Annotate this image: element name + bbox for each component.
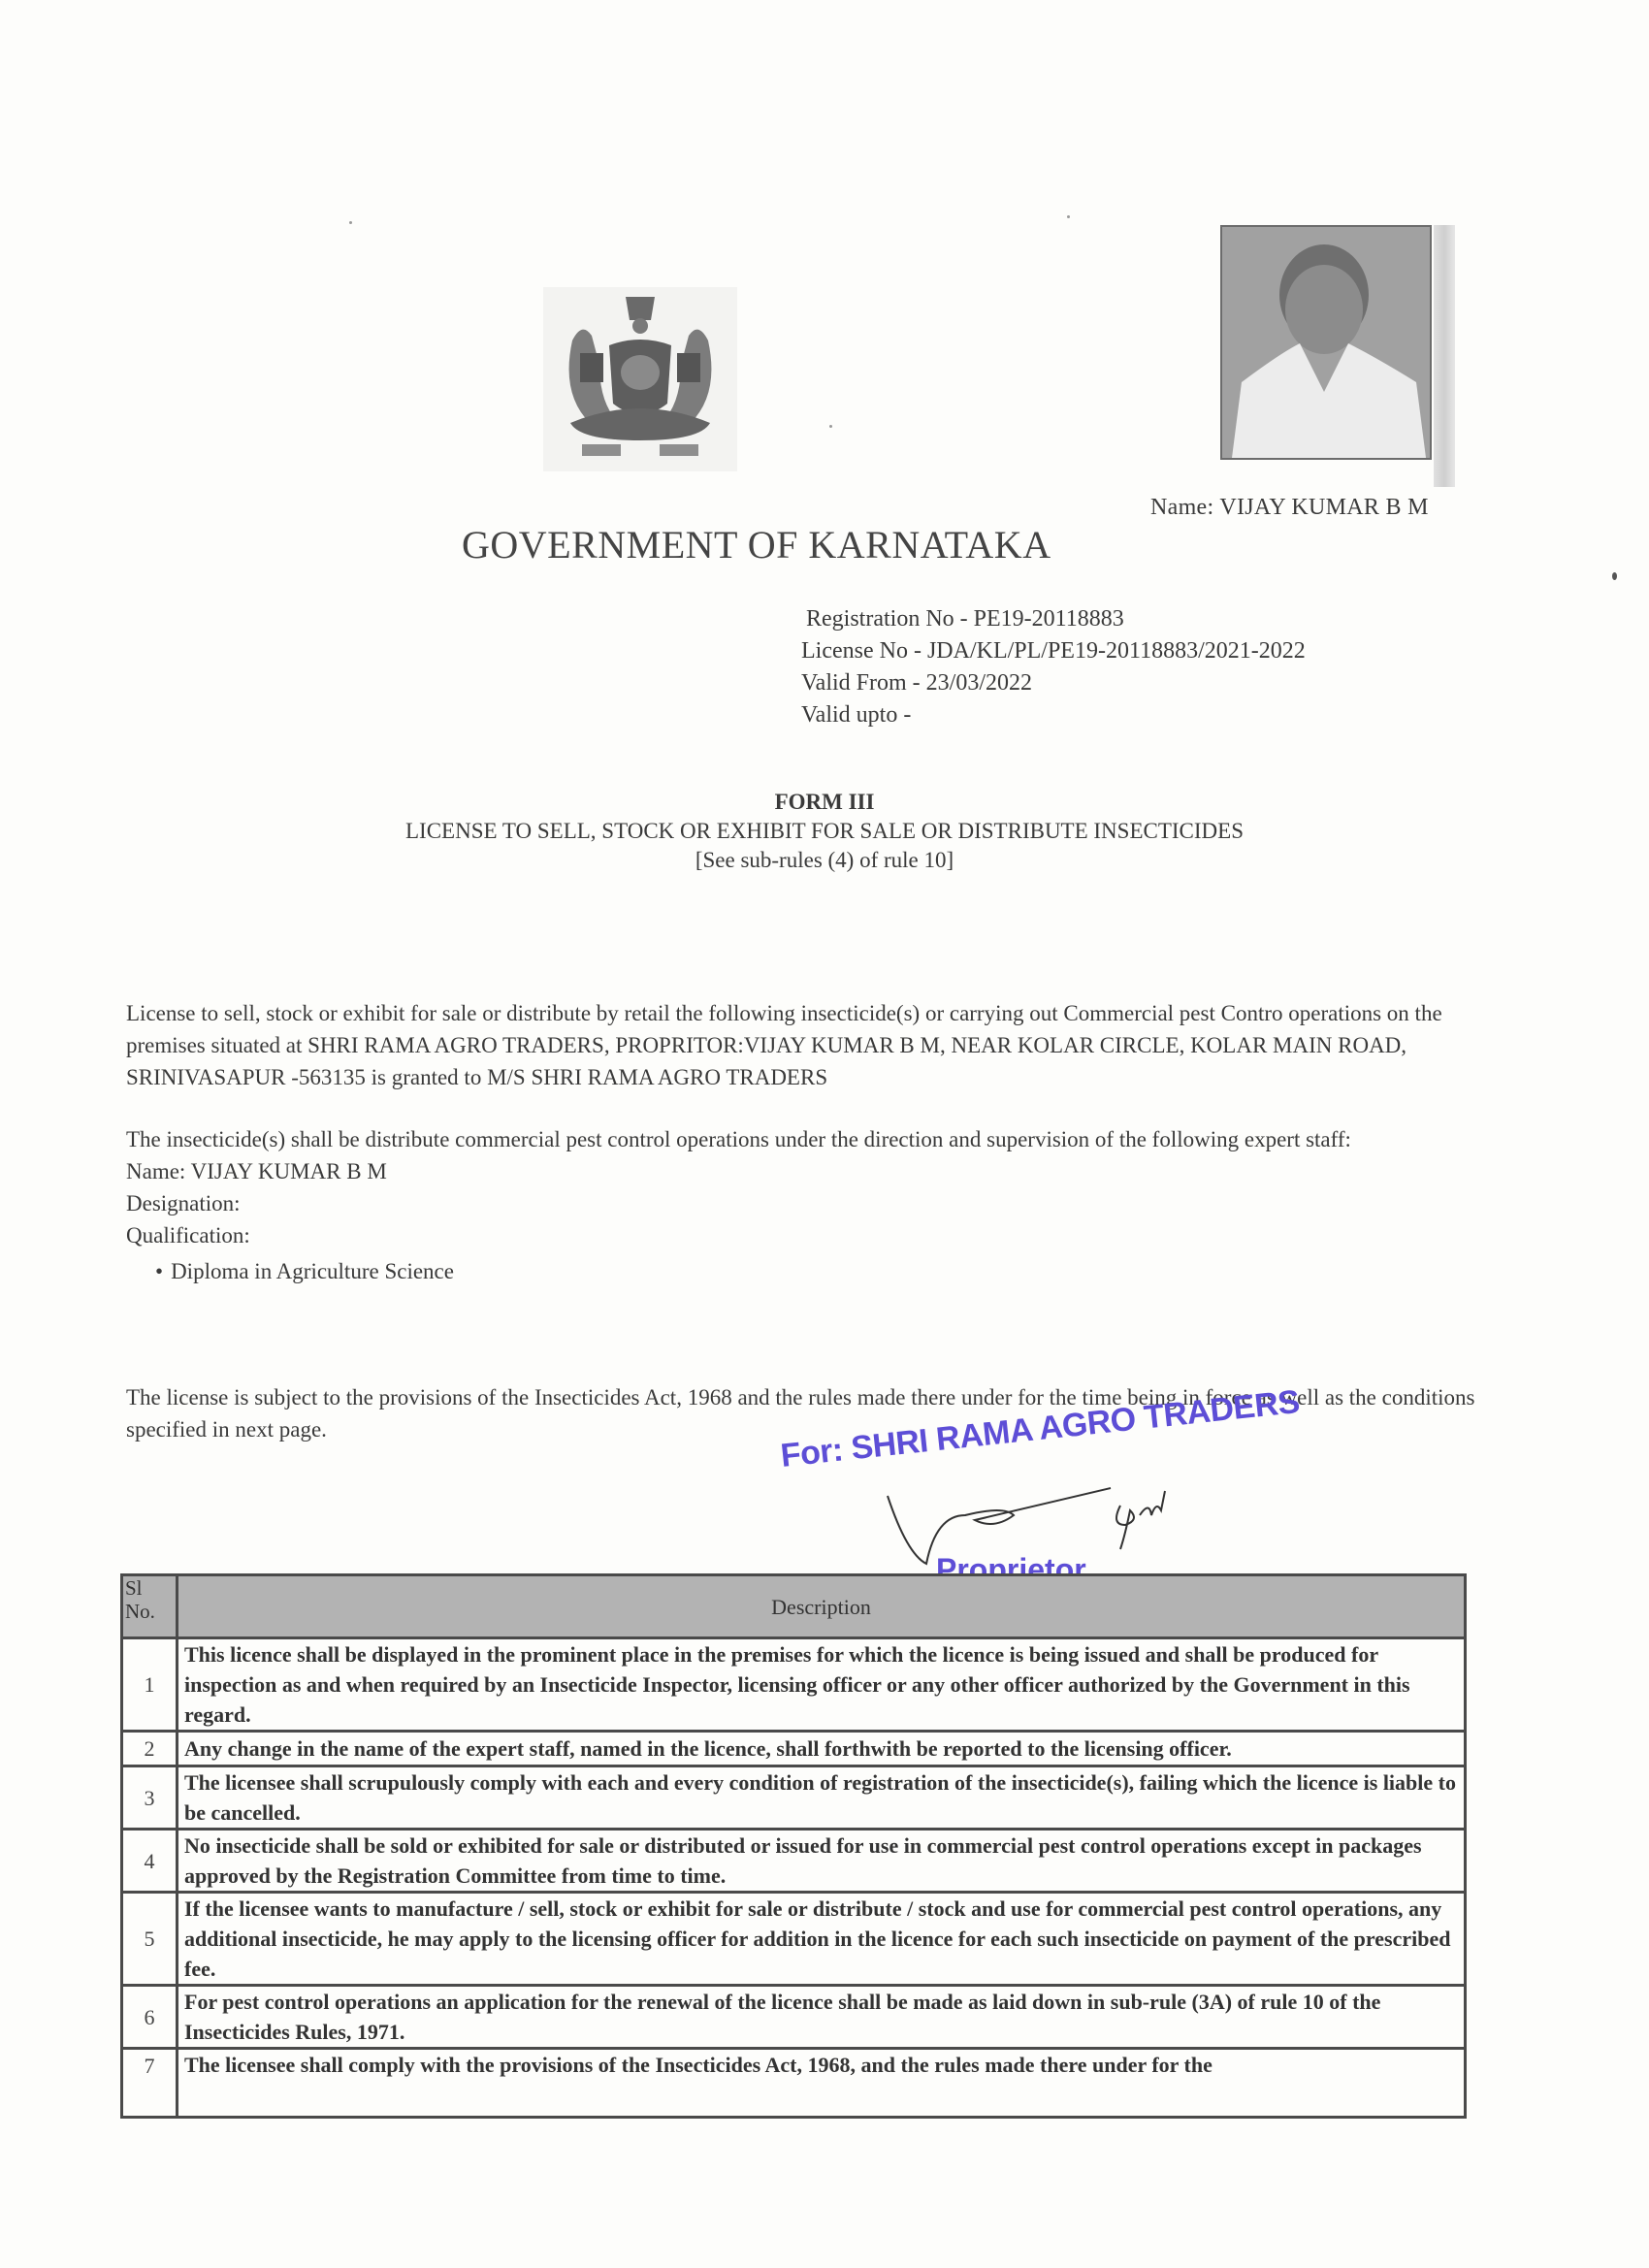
valid-from: Valid From - 23/03/2022 [801, 667, 1306, 699]
row-sl-number: 2 [122, 1732, 178, 1766]
row-sl-number: 4 [122, 1830, 178, 1893]
row-sl-number: 1 [122, 1638, 178, 1732]
row-description: The licensee shall comply with the provi… [178, 2049, 1466, 2118]
expert-designation: Designation: [126, 1187, 1494, 1219]
table-row: 1This licence shall be displayed in the … [122, 1638, 1466, 1732]
karnataka-emblem-icon [543, 287, 737, 471]
scan-speck [829, 425, 832, 428]
table-row: 4No insecticide shall be sold or exhibit… [122, 1830, 1466, 1893]
form-subtitle: LICENSE TO SELL, STOCK OR EXHIBIT FOR SA… [0, 817, 1649, 846]
qualification-list: Diploma in Agriculture Science [126, 1255, 1494, 1287]
table-row: 2Any change in the name of the expert st… [122, 1732, 1466, 1766]
row-description: If the licensee wants to manufacture / s… [178, 1893, 1466, 1986]
table-header-row: Sl No. Description [122, 1575, 1466, 1638]
row-description: The licensee shall scrupulously comply w… [178, 1766, 1466, 1830]
row-description: This licence shall be displayed in the p… [178, 1638, 1466, 1732]
expert-intro: The insecticide(s) shall be distribute c… [126, 1123, 1494, 1155]
license-number: License No - JDA/KL/PL/PE19-20118883/202… [801, 635, 1306, 667]
header-description: Description [178, 1575, 1466, 1638]
expert-name: Name: VIJAY KUMAR B M [126, 1155, 1494, 1187]
photo-border-shadow [1434, 225, 1455, 487]
row-sl-number: 6 [122, 1986, 178, 2049]
row-description: Any change in the name of the expert sta… [178, 1732, 1466, 1766]
form-title: FORM III [0, 788, 1649, 817]
scan-speck [1067, 215, 1070, 218]
registration-details: Registration No - PE19-20118883 License … [801, 603, 1306, 731]
applicant-photo [1220, 225, 1432, 460]
row-sl-number: 3 [122, 1766, 178, 1830]
grant-paragraph: License to sell, stock or exhibit for sa… [126, 997, 1494, 1093]
form-rule-reference: [See sub-rules (4) of rule 10] [0, 846, 1649, 875]
conditions-table: Sl No. Description 1This licence shall b… [120, 1573, 1467, 2119]
table-row: 6For pest control operations an applicat… [122, 1986, 1466, 2049]
row-description: For pest control operations an applicati… [178, 1986, 1466, 2049]
qualification-item: Diploma in Agriculture Science [155, 1255, 1494, 1287]
expert-staff-section: The insecticide(s) shall be distribute c… [126, 1123, 1494, 1287]
form-heading: FORM III LICENSE TO SELL, STOCK OR EXHIB… [0, 788, 1649, 875]
table-row: 3The licensee shall scrupulously comply … [122, 1766, 1466, 1830]
registration-number: Registration No - PE19-20118883 [806, 603, 1306, 635]
valid-upto: Valid upto - [801, 699, 1306, 731]
row-description: No insecticide shall be sold or exhibite… [178, 1830, 1466, 1893]
scan-speck [349, 221, 352, 224]
table-row: 7The licensee shall comply with the prov… [122, 2049, 1466, 2118]
row-sl-number: 5 [122, 1893, 178, 1986]
row-sl-number: 7 [122, 2049, 178, 2118]
company-stamp: For: SHRI RAMA AGRO TRADERS Proprietor [781, 1418, 1246, 1588]
scan-speck [1612, 572, 1617, 580]
expert-qualification-label: Qualification: [126, 1219, 1494, 1251]
government-title: GOVERNMENT OF KARNATAKA [462, 522, 1051, 567]
table-row: 5If the licensee wants to manufacture / … [122, 1893, 1466, 1986]
photo-caption-name: Name: VIJAY KUMAR B M [1150, 495, 1429, 521]
header-sl-no: Sl No. [122, 1575, 178, 1638]
